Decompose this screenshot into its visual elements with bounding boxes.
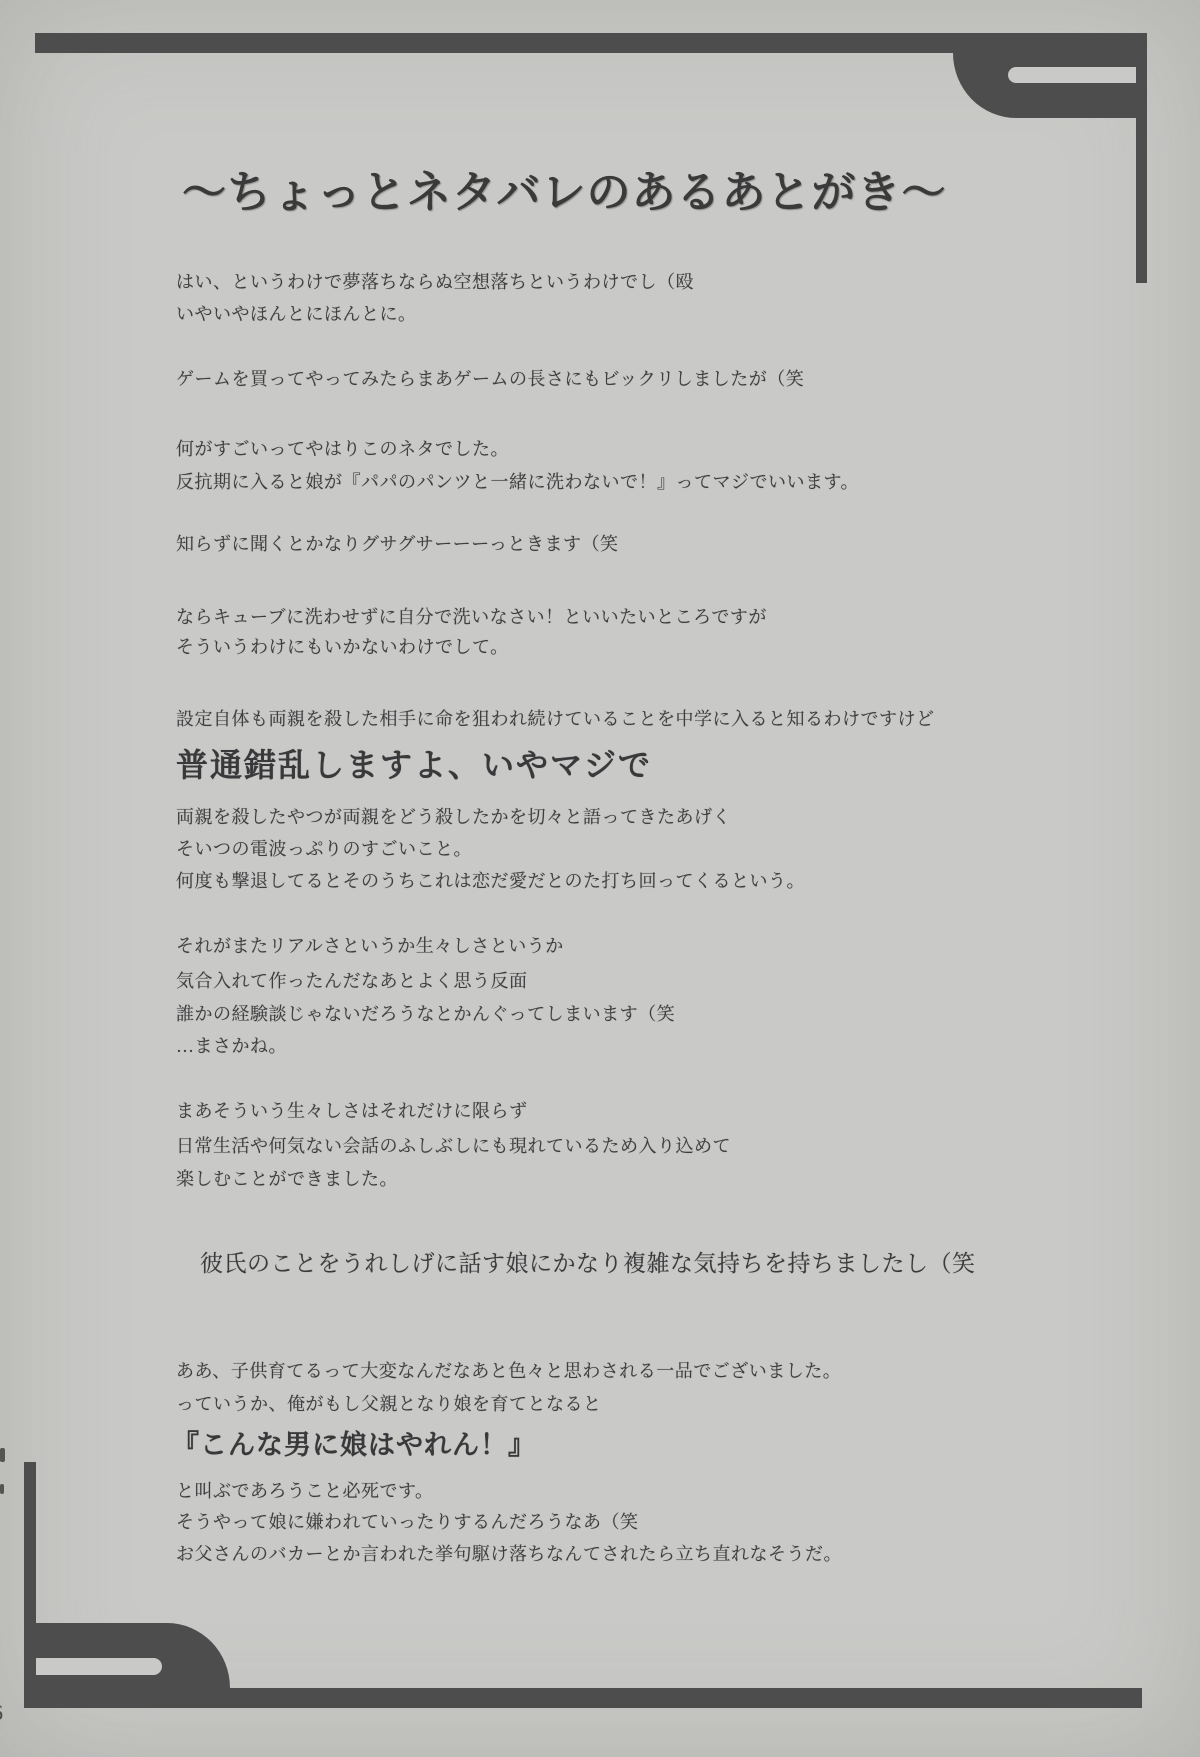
page-title: ～ちょっとネタバレのあるあとがき～ [182,156,947,220]
bottom-left-corner-slot [36,1658,162,1675]
afterword-line: 反抗期に入ると娘が『パパのパンツと一緒に洗わないで！』ってマジでいいます。 [176,472,859,494]
afterword-line: そうやって娘に嫌われていったりするんだろうなあ（笑 [176,1512,639,1534]
afterword-line: そいつの電波っぷりのすごいこと。 [176,839,472,861]
afterword-line: 誰かの経験談じゃないだろうなとかんぐってしまいます（笑 [176,1004,675,1026]
afterword-line: 何がすごいってやはりこのネタでした。 [176,439,509,461]
afterword-line: ゲームを買ってやってみたらまあゲームの長さにもビックリしましたが（笑 [176,369,804,391]
top-right-corner-slot [1008,67,1136,83]
afterword-line: 知らずに聞くとかなりグサグサーーーっときます（笑 [176,534,619,556]
afterword-line: 楽しむことができました。 [176,1169,398,1191]
afterword-line: そういうわけにもいかないわけでして。 [176,637,509,659]
page-number: 6 [0,1700,3,1726]
scan-artifact [0,1448,5,1462]
top-border-bar [35,33,1147,53]
afterword-line: 何度も撃退してるとそのうちこれは恋だ愛だとのた打ち回ってくるという。 [176,871,805,893]
afterword-line: 設定自体も両親を殺した相手に命を狙われ続けていることを中学に入ると知るわけですけ… [176,709,935,731]
top-right-corner-hook [953,53,1147,118]
afterword-emphasis-line: 普通錯乱しますよ、いやマジで [176,746,652,784]
afterword-line: それがまたリアルさというか生々しさというか [176,936,564,958]
afterword-page: ～ちょっとネタバレのあるあとがき～ はい、というわけで夢落ちならぬ空想落ちという… [0,0,1200,1757]
scan-artifact [0,1484,4,1494]
afterword-line: まあそういう生々しさはそれだけに限らず [176,1101,528,1123]
bottom-left-corner-rise [24,1462,36,1708]
afterword-line: …まさかね。 [176,1036,287,1058]
afterword-line: っていうか、俺がもし父親となり娘を育てとなると [176,1394,602,1416]
afterword-line: ならキューブに洗わせずに自分で洗いなさい！といいたいところですが [176,607,767,629]
afterword-line: 両親を殺したやつが両親をどう殺したかを切々と語ってきたあげく [176,807,731,829]
afterword-line: 日常生活や何気ない会話のふしぶしにも現れているため入り込めて [176,1136,731,1158]
afterword-quote-line: 『こんな男に娘はやれん！』 [172,1429,536,1461]
afterword-line: 気合入れて作ったんだなあとよく思う反面 [176,971,528,993]
afterword-line: と叫ぶであろうこと必死です。 [176,1481,434,1503]
afterword-line: ああ、子供育てるって大変なんだなあと色々と思わされる一品でございました。 [176,1361,841,1383]
afterword-line: お父さんのバカーとか言われた挙句駆け落ちなんてされたら立ち直れなそうだ。 [176,1544,842,1566]
bottom-left-corner-hook [36,1623,230,1688]
afterword-emphasis-line: 彼氏のことをうれしげに話す娘にかなり複雑な気持ちを持ちましたし（笑 [200,1250,976,1278]
afterword-line: いやいやほんとにほんとに。 [176,304,417,326]
afterword-line: はい、というわけで夢落ちならぬ空想落ちというわけでし（殴 [176,272,694,294]
bottom-border-bar [24,1688,1142,1708]
